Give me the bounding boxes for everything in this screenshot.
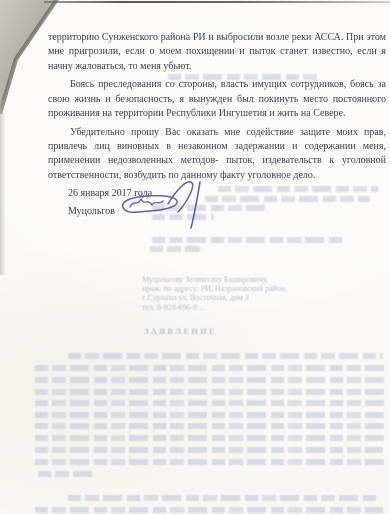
bleedthrough-line — [152, 237, 342, 243]
bleedthrough-title: ЗАЯВЛЕНИЕ — [144, 326, 217, 336]
bleedthrough-line — [35, 435, 385, 441]
bleedthrough-applicant-line: прож. по адресу: РИ, Назрановский район, — [142, 284, 287, 293]
letter-body: территорию Сунженского района РИ и выбро… — [48, 31, 386, 220]
bleedthrough-line — [68, 353, 383, 359]
bleedthrough-applicant-line: Муцольгову Зелимхану Башировичу, — [142, 275, 268, 284]
bleedthrough-applicant-line: с.Сурхахи ул. Восточная, дом 3 — [142, 293, 249, 302]
signature-ink — [116, 180, 216, 234]
bleedthrough-line — [35, 447, 383, 453]
bleedthrough-line — [35, 507, 383, 513]
bleedthrough-line — [35, 400, 385, 406]
bleedthrough-line — [150, 246, 200, 252]
bleedthrough-line — [38, 471, 93, 477]
bleedthrough-line — [35, 459, 385, 465]
bleedthrough-line — [35, 389, 385, 395]
scanned-page: Муцольгову Зелимхану Башировичу,прож. по… — [0, 0, 390, 514]
bleedthrough-line — [68, 495, 378, 501]
bleedthrough-line — [35, 365, 385, 371]
paragraph: территорию Сунженского района РИ и выбро… — [48, 31, 386, 74]
bleedthrough-applicant-line: тел. 8-928-696-9… — [142, 303, 205, 312]
bleedthrough-line — [35, 412, 385, 418]
top-scan-edge-line — [44, 1, 390, 3]
bleedthrough-line — [35, 377, 385, 383]
left-edge-shadow — [0, 100, 6, 275]
letter-paragraphs: территорию Сунженского района РИ и выбро… — [48, 31, 386, 183]
paragraph: Убедительно прошу Вас оказать мне содейс… — [48, 126, 386, 183]
bleedthrough-line — [35, 423, 385, 429]
paragraph: Боясь преследования со стороны, власть и… — [48, 78, 386, 121]
